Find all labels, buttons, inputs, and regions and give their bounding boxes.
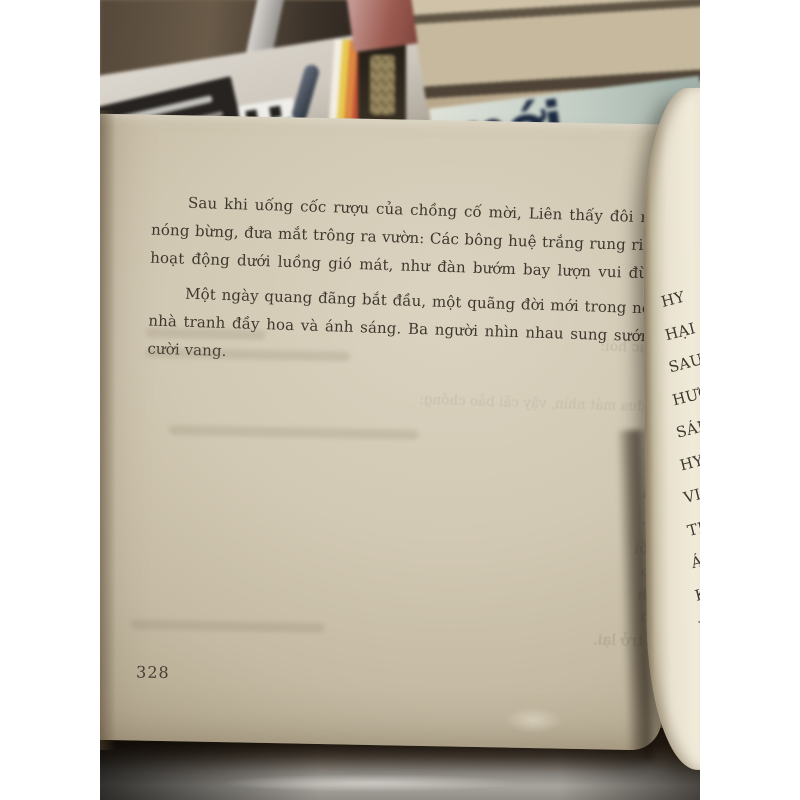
showthrough-line: Liên đưa mắt nhìn, vậy cãi bảo chồng: (419, 392, 680, 416)
photo-canvas: mới Sau khi uống cốc rượu của chồng cố m… (0, 0, 800, 800)
facing-page-word: HƯƠ (670, 382, 700, 409)
facing-page-word: HY SI (678, 445, 700, 474)
book-photo: mới Sau khi uống cốc rượu của chồng cố m… (100, 0, 700, 800)
facing-page-word: KHỦNG (693, 571, 700, 604)
facing-page-word: HẠI (663, 319, 697, 344)
showthrough-smudge (130, 619, 325, 633)
facing-page-word: VIẾT L (682, 476, 700, 507)
facing-page-word: HAI CẢ (696, 604, 700, 636)
background-book-red (346, 0, 417, 52)
metal-hinge (370, 55, 395, 115)
facing-page: HY HẠI SAU HƯƠ SÁNG HY SI VIẾT L TRONG Á… (642, 88, 700, 771)
facing-page-word: TRONG (685, 507, 700, 540)
table-reflection (220, 774, 520, 792)
photo-edge-vignette (100, 110, 116, 750)
facing-page-word: HY (659, 288, 686, 311)
showthrough-smudge (169, 425, 419, 440)
facing-page-text-column: HY HẠI SAU HƯƠ SÁNG HY SI VIẾT L TRONG Á… (660, 284, 700, 698)
book-page: Sau khi uống cốc rượu của chồng cố mời, … (100, 114, 673, 751)
facing-page-word: ÁNH SA (689, 539, 700, 573)
facing-page-word: SAU (667, 350, 700, 376)
page-number: 328 (136, 663, 170, 683)
facing-page-word: SÁNG (674, 413, 700, 442)
paper-stain (503, 707, 563, 734)
